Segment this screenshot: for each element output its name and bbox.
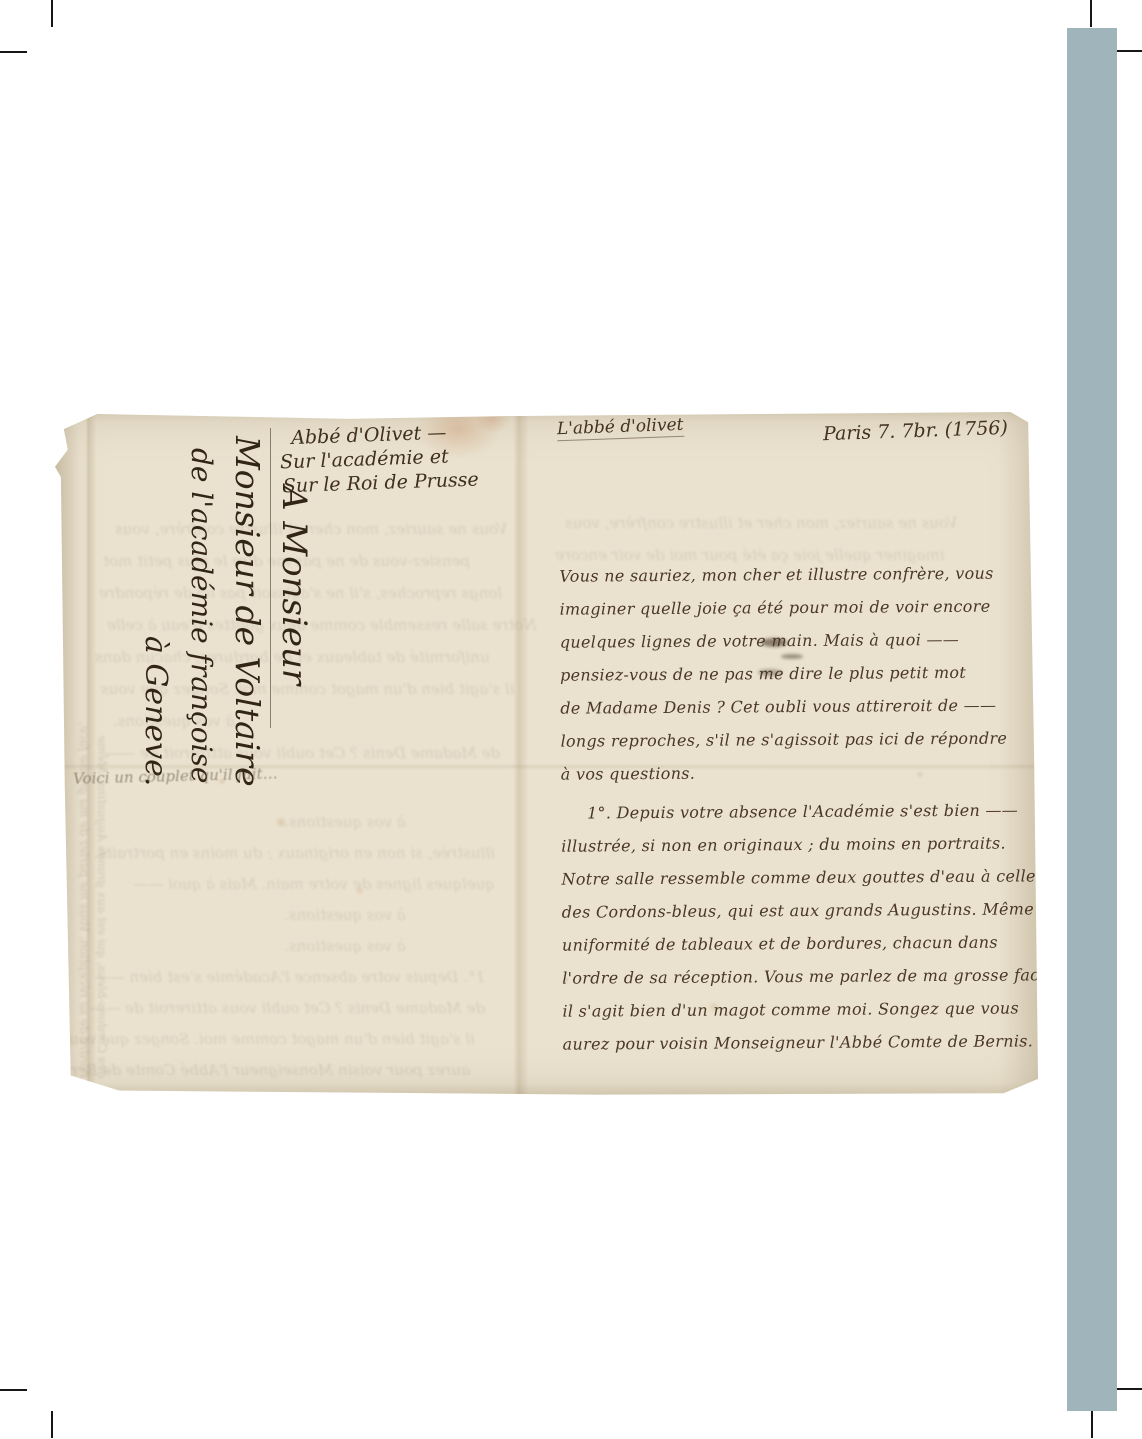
letter-line: 1°. Depuis votre absence l'Académie s'es… — [561, 793, 1043, 829]
address-line: à Geneve. — [132, 428, 178, 878]
letter-line: uniformité de tableaux et de bordures, c… — [562, 925, 1044, 961]
letter-line: quelques lignes de votre main. Mais à qu… — [560, 622, 1042, 658]
show-through-line: aurez pour voisin Monseigneur l'Abbé Com… — [210, 1055, 470, 1086]
letter-line: aurez pour voisin Monseigneur l'Abbé Com… — [563, 1024, 1045, 1060]
show-through-line: il s'agit bien d'un magot comme moi. Son… — [205, 1024, 475, 1055]
letter-line: imaginer quelle joie ça été pour moi de … — [559, 589, 1041, 625]
crop-mark — [1090, 0, 1092, 27]
crop-mark — [0, 51, 27, 53]
letter-line: Vous ne sauriez, mon cher et illustre co… — [559, 556, 1041, 592]
manuscript-scan: Abbé d'Olivet — Sur l'académie et Sur le… — [55, 412, 1038, 1096]
crop-mark — [1116, 1388, 1142, 1390]
letter-line: à vos questions. — [561, 754, 1043, 790]
crop-mark — [51, 0, 53, 27]
crop-mark — [0, 1389, 27, 1391]
address-line: A Monsieur — [270, 428, 317, 728]
letter-line: l'ordre de sa réception. Vous me parlez … — [562, 958, 1044, 994]
show-through-column: des Cordons-bleus, qui est aux grands Au… — [71, 828, 111, 1078]
crop-mark — [1116, 50, 1142, 52]
show-through-line: à vos questions. — [215, 931, 475, 962]
letter-line: longs reproches, s'il ne s'agissoit pas … — [560, 721, 1042, 757]
show-through-line: illustrée, si non en originaux ; du moin… — [175, 838, 495, 869]
letter-line: pensiez-vous de ne pas me dire le plus p… — [560, 655, 1042, 691]
dateline: Paris 7. 7br. (1756) — [823, 417, 1009, 445]
recto-note: L'abbé d'olivet — [557, 415, 684, 441]
crop-mark — [51, 1411, 53, 1438]
show-through-line: 1°. Depuis votre absence l'Académie s'es… — [185, 962, 485, 993]
letter-line: de Madame Denis ? Cet oubli vous attirer… — [560, 688, 1042, 724]
letter-line: illustrée, si non en originaux ; du moin… — [561, 826, 1043, 862]
show-through-line: à vos questions. — [225, 900, 465, 931]
letter-line: des Cordons-bleus, qui est aux grands Au… — [562, 892, 1044, 928]
show-through-line: l'ordre de sa réception. Vous me parlez … — [75, 828, 93, 1078]
show-through-line: des Cordons-bleus, qui est aux grands Au… — [93, 828, 111, 1078]
letter-line: il s'agit bien d'un magot comme moi. Son… — [562, 991, 1044, 1027]
show-through-line: de Madame Denis ? Cet oubli vous attirer… — [195, 993, 485, 1024]
show-through-line: Vous ne sauriez, mon cher et illustre co… — [565, 508, 957, 539]
show-through-line: quelques lignes de votre main. Mais à qu… — [195, 869, 495, 900]
archival-note: Abbé d'Olivet — Sur l'académie et Sur le… — [291, 418, 523, 498]
crop-mark — [1091, 1411, 1093, 1438]
sidebar-accent-bar — [1067, 28, 1117, 1411]
letter-line: Notre salle ressemble comme deux gouttes… — [561, 859, 1043, 895]
show-through-line: à vos questions. — [205, 807, 485, 838]
letter-body: Vous ne sauriez, mon cher et illustre co… — [559, 556, 1044, 1060]
